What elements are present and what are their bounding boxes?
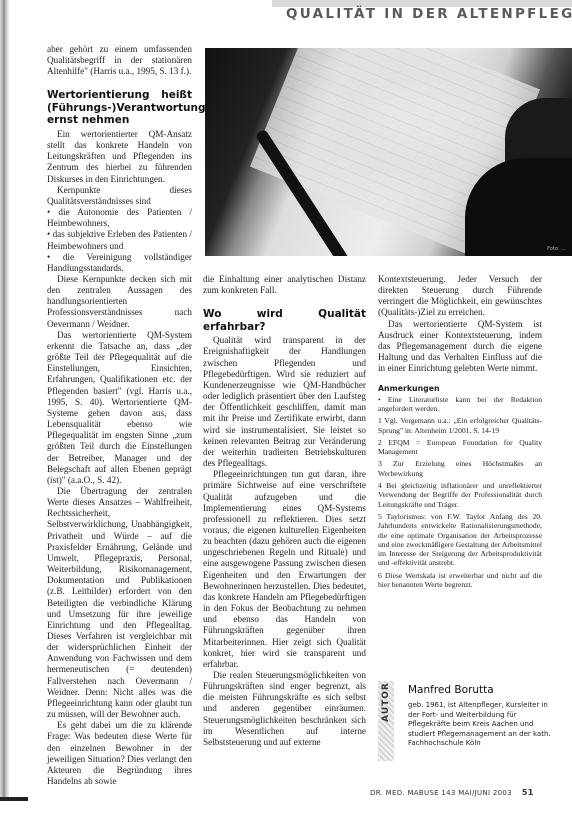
photo-credit: Foto: ... xyxy=(547,246,566,252)
paragraph: Diese Kernpunkte decken sich mit den zen… xyxy=(47,274,192,330)
author-name: Manfred Borutta xyxy=(408,684,494,696)
author-box: AUTOR Manfred Borutta geb. 1961, ist Alt… xyxy=(378,681,558,761)
page-footer: DR. MED. MABUSE 143 MAI/JUNI 200351 xyxy=(370,788,565,797)
bullet-item: • die Autonomie des Patienten / Heimbewo… xyxy=(47,207,192,229)
footnote: 5 Taylorismus: von F.W. Taylor Anfang de… xyxy=(378,512,542,568)
bullet-item: • das subjektive Erleben des Patienten /… xyxy=(47,229,192,251)
footnotes: Anmerkungen • Eine Literaturliste kann b… xyxy=(378,384,542,589)
page-number: 51 xyxy=(522,788,534,797)
column-3: Kontextsteuerung. Jeder Versuch der dire… xyxy=(378,274,542,592)
paragraph: Kernpunkte dieses Qualitätsverständnisse… xyxy=(47,185,192,207)
paragraph: Die realen Steuerungsmöglichkeiten von F… xyxy=(203,670,366,748)
page-edge-mark xyxy=(0,797,28,801)
footnote: • Eine Literaturliste kann bei der Redak… xyxy=(378,395,542,414)
column-1: aber gehört zu einem umfassenden Qualitä… xyxy=(47,44,192,787)
paragraph: Qualität wird transparent in der Ereigni… xyxy=(203,335,366,469)
footnote: 2 EFQM = European Foundation for Quality… xyxy=(378,438,542,457)
paragraph: Ein wertorientierter QM-Ansatz stellt da… xyxy=(47,129,192,185)
article-photo: Foto: ... xyxy=(205,48,572,256)
page-edge-stripe xyxy=(0,0,9,800)
footnote: 3 Zur Erzielung eines Höchstmaßes an Wer… xyxy=(378,459,542,478)
paragraph: aber gehört zu einem umfassenden Qualitä… xyxy=(47,44,192,77)
footnote: 4 Bei gleichzeitig inflationärer und unr… xyxy=(378,481,542,509)
author-bio: geb. 1961, ist Altenpfleger, Kursleiter … xyxy=(408,701,558,749)
paragraph: Die Übertragung der zentralen Werte dies… xyxy=(47,486,192,720)
section-heading: Wo wird Qualität erfahrbar? xyxy=(203,308,366,333)
paragraph: Das wertorientierte QM-System ist Ausdru… xyxy=(378,319,542,375)
paragraph: Es geht dabei um die zu klärende Frage: … xyxy=(47,720,192,787)
footnotes-heading: Anmerkungen xyxy=(378,384,542,393)
section-title: QUALITÄT IN DER ALTENPFLEGE xyxy=(286,6,572,22)
paragraph: Das wertorientierte QM-System erkennt di… xyxy=(47,330,192,486)
paragraph: Kontextsteuerung. Jeder Versuch der dire… xyxy=(378,274,542,319)
paragraph: die Einhaltung einer analytischen Distan… xyxy=(203,274,366,296)
author-tag-label: AUTOR xyxy=(381,672,391,732)
bullet-item: • die Vereinigung vollständiger Handlung… xyxy=(47,252,192,274)
footnote: 1 Vgl. Vergemann u.a.: „Ein erfolgreiche… xyxy=(378,416,542,435)
section-heading: Wertorientierung heißt (Führungs-)Verant… xyxy=(47,89,192,127)
footnote: 6 Diese Wertskala ist erweiterbar und ni… xyxy=(378,571,542,590)
author-tag: AUTOR xyxy=(378,681,394,761)
publication-info: DR. MED. MABUSE 143 MAI/JUNI 2003 xyxy=(370,789,512,797)
paragraph: Pflegeeinrichtungen tun gut daran, ihre … xyxy=(203,469,366,670)
column-2: die Einhaltung einer analytischen Distan… xyxy=(203,274,366,748)
